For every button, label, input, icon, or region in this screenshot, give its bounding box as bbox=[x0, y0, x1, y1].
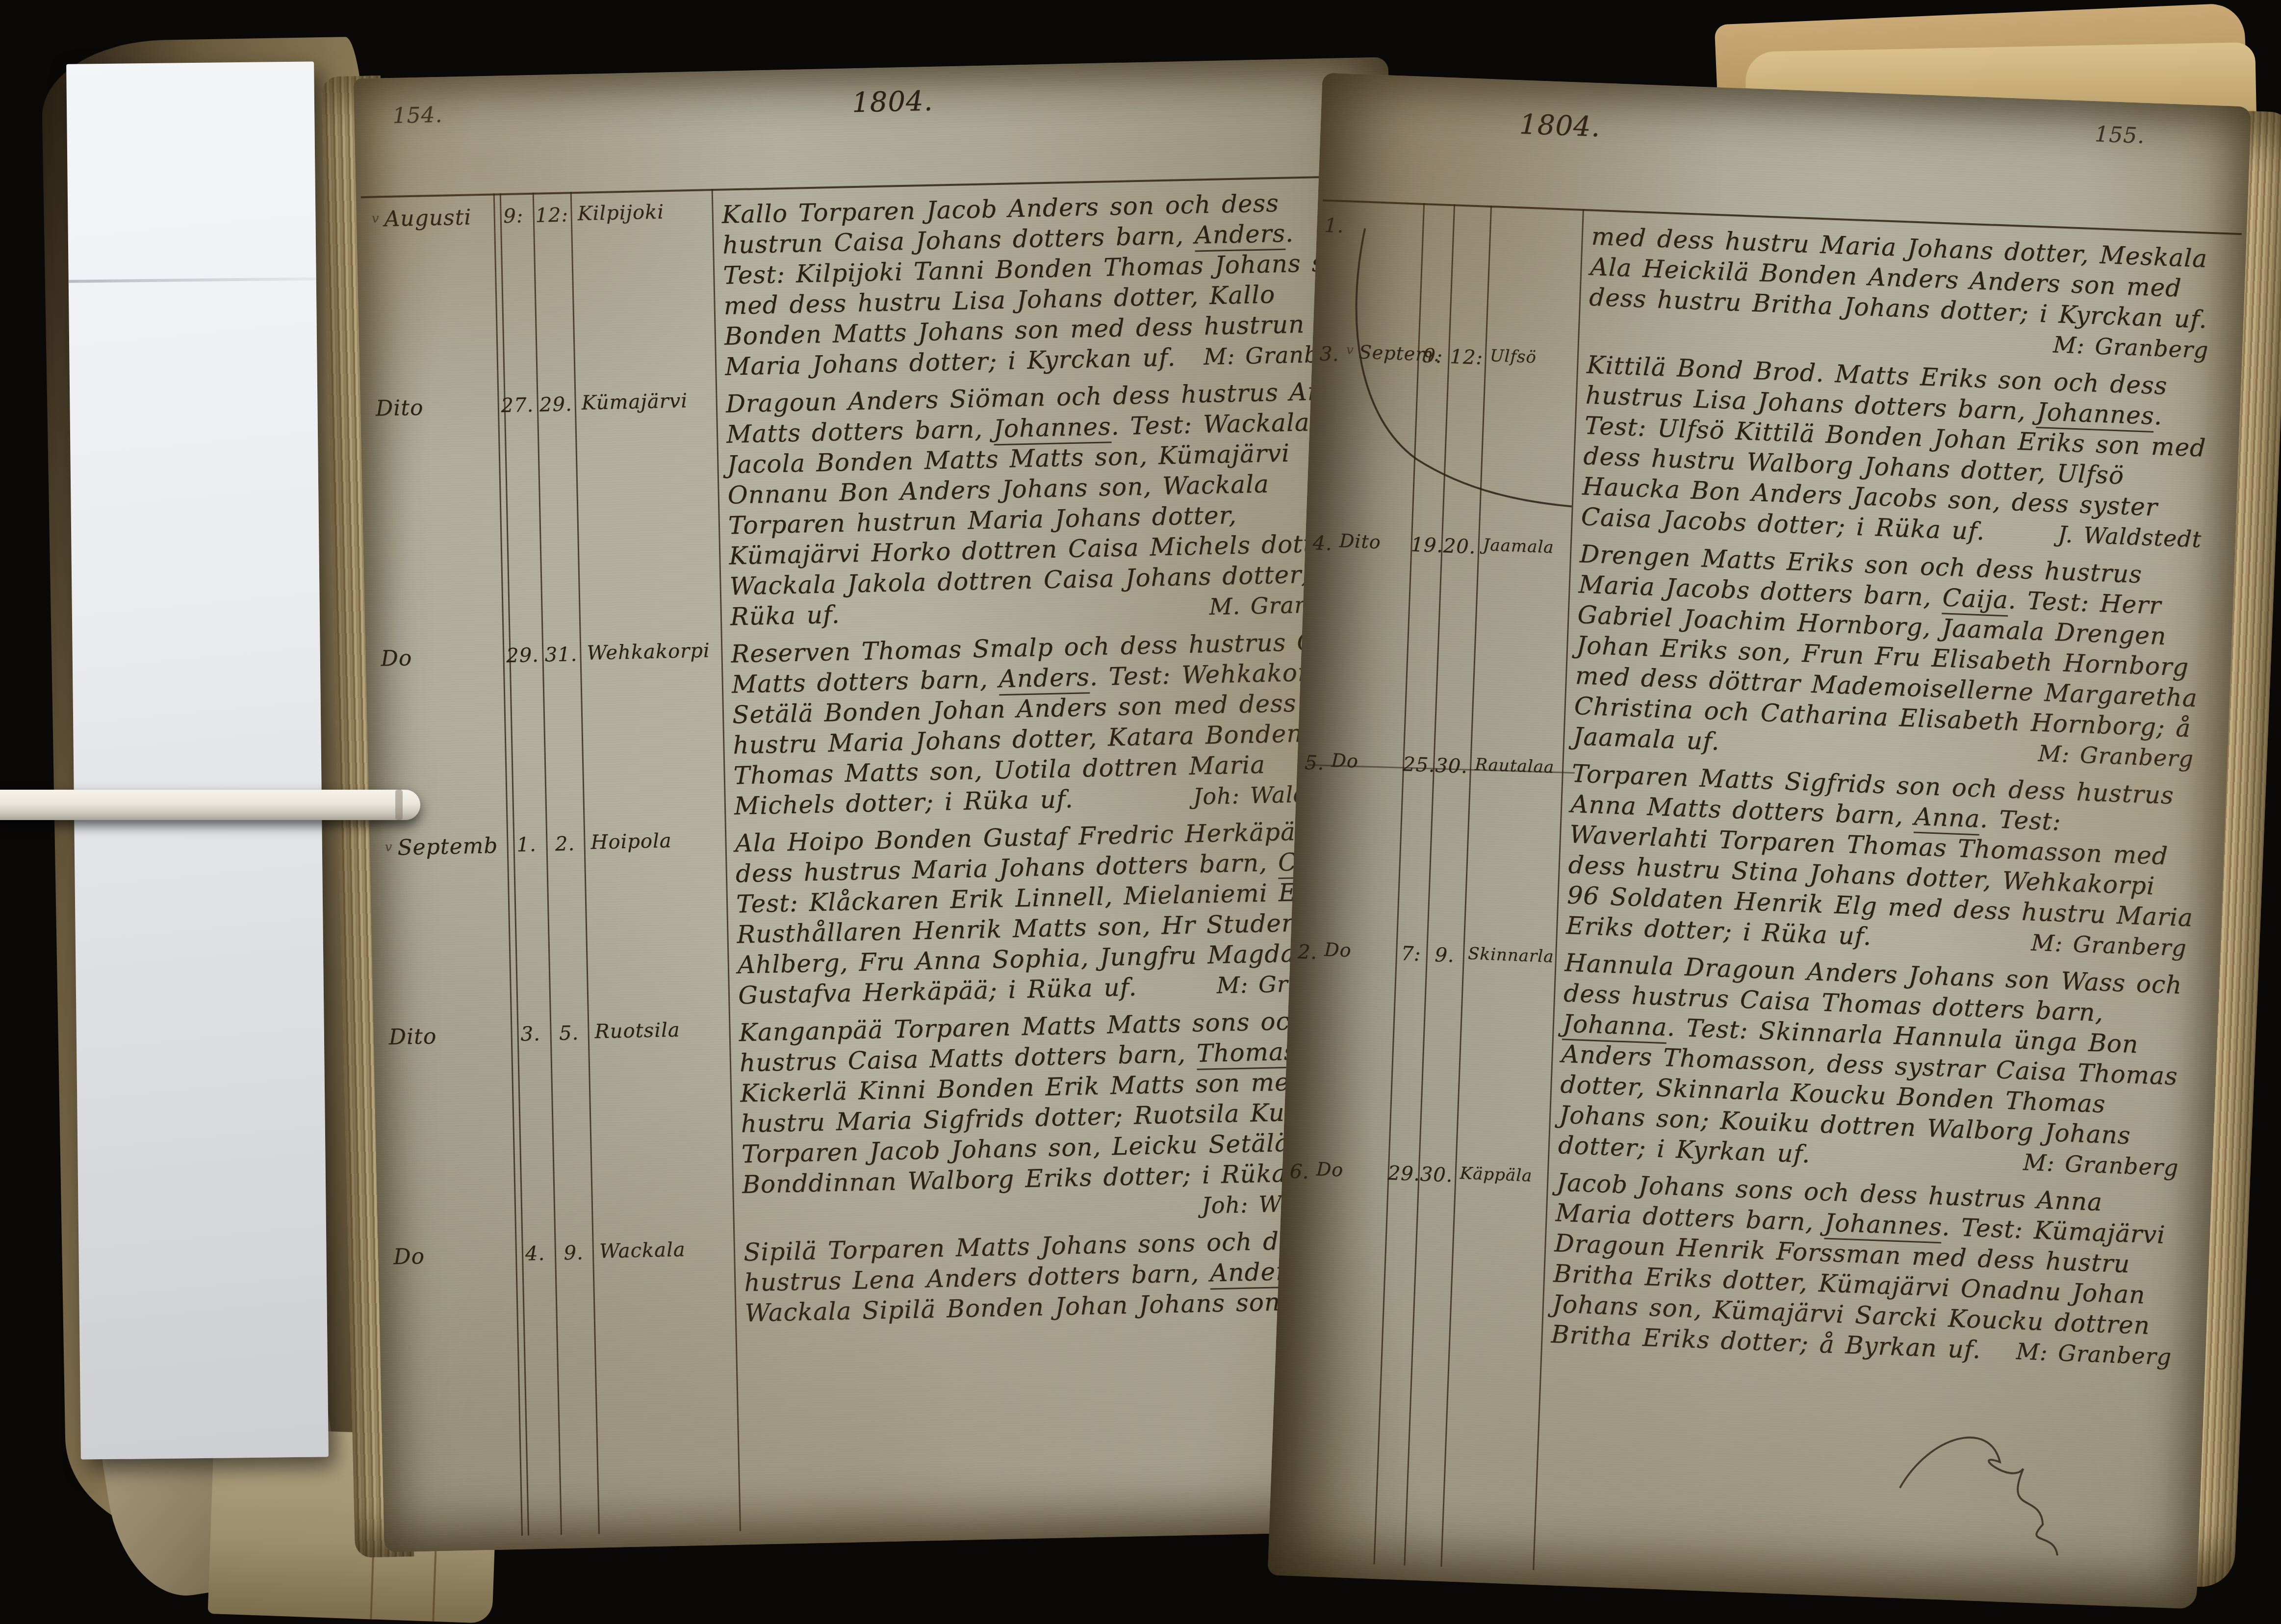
child-name: Anders bbox=[999, 663, 1090, 696]
record-entries: vAugusti 9: 12: Kilpijoki Kallo Torparen… bbox=[368, 186, 1391, 1342]
page-number: 155. bbox=[2094, 122, 2145, 149]
record-text: Dragoun Anders Siöman och dess hustrus A… bbox=[716, 375, 1376, 632]
record-text: Kittilä Bond Brod. Matts Eriks son och d… bbox=[1571, 349, 2220, 555]
year-heading: 1804. bbox=[851, 85, 933, 119]
village-cell: Rautalaa bbox=[1470, 754, 1563, 777]
record-entry: 4. Dito 19. 20. Jaamala Drengen Matts Er… bbox=[1306, 529, 2213, 774]
signature: M: Granberg bbox=[2038, 738, 2202, 774]
village-cell: Skinnarla bbox=[1462, 944, 1555, 967]
paper-crease bbox=[69, 277, 316, 283]
record-text: Ala Hoipo Bonden Gustaf Fredric Herkäpää… bbox=[725, 815, 1384, 1011]
entry-number: 4. bbox=[1312, 529, 1337, 555]
child-name: Johannes bbox=[2036, 397, 2155, 433]
entry-number: 5. bbox=[1304, 748, 1329, 775]
record-text: med dess hustru Maria Johans dotter, Mes… bbox=[1578, 221, 2224, 366]
month-cell: Do bbox=[378, 644, 503, 671]
signature: M: Granberg bbox=[2023, 1147, 2187, 1183]
month-cell: Dito bbox=[372, 393, 498, 421]
month-cell bbox=[1348, 212, 1423, 220]
month-cell: Do bbox=[390, 1242, 516, 1269]
birth-day-cell: 4. bbox=[515, 1241, 555, 1265]
baptism-day-cell bbox=[1453, 216, 1490, 223]
village-cell: Wehkakorpi bbox=[580, 639, 721, 665]
child-name: Caija bbox=[1942, 583, 2009, 617]
entry-number: 2. bbox=[1297, 938, 1322, 964]
record-text: Torparen Matts Sigfrids son och dess hus… bbox=[1556, 758, 2204, 964]
signature: M: Granberg bbox=[2052, 329, 2217, 365]
baptism-day-cell: 29. bbox=[537, 392, 575, 416]
record-entry: Do 29. 31. Wehkakorpi Reserven Thomas Sm… bbox=[378, 625, 1380, 829]
record-text: Jacob Johans sons och dess hustrus Anna … bbox=[1541, 1167, 2190, 1373]
record-entry: Dito 27. 29. Kümajärvi Dragoun Anders Si… bbox=[372, 375, 1376, 640]
baptism-day-cell: 9. bbox=[554, 1240, 592, 1265]
child-name: Johanna bbox=[1562, 1009, 1668, 1044]
baptism-day-cell: 30. bbox=[1418, 1162, 1456, 1187]
record-text: Reserven Thomas Smalp och dess hustrus C… bbox=[721, 625, 1380, 822]
birth-day-cell: 29. bbox=[503, 643, 542, 668]
right-page: 155. 1804. 1. med dess hustru Maria Joha… bbox=[1267, 73, 2251, 1609]
month-cell: Do bbox=[1321, 938, 1396, 963]
check-mark: v bbox=[1346, 342, 1355, 358]
birth-day-cell: 3. bbox=[511, 1021, 550, 1046]
month-cell: Dito bbox=[1336, 530, 1411, 554]
photo-background: N:o 154. 1804. vAugusti 9: 12: Kilpijoki… bbox=[0, 0, 2281, 1624]
baptism-day-cell: 30. bbox=[1433, 753, 1470, 778]
record-entry: 3. vSeptem. 9: 12: Ulfsö Kittilä Bond Br… bbox=[1313, 339, 2219, 555]
record-entries: 1. med dess hustru Maria Johans dotter, … bbox=[1283, 211, 2225, 1380]
child-name: Anna bbox=[1914, 802, 1981, 836]
record-text: Hannula Dragoun Anders Johans son Wass o… bbox=[1548, 947, 2198, 1184]
village-cell: Jaamala bbox=[1478, 535, 1570, 558]
village-cell bbox=[1490, 217, 1582, 226]
entry-number: 3. bbox=[1319, 339, 1344, 366]
record-entry: vAugusti 9: 12: Kilpijoki Kallo Torparen… bbox=[368, 186, 1371, 389]
page-number: 154. bbox=[392, 103, 443, 129]
left-page: 154. 1804. vAugusti 9: 12: Kilpijoki Kal… bbox=[354, 57, 1419, 1552]
village-cell: Kümajärvi bbox=[574, 389, 716, 414]
birth-day-cell bbox=[1423, 215, 1453, 222]
birth-day-cell: 29. bbox=[1387, 1161, 1419, 1186]
record-text: Kallo Torparen Jacob Anders son och dess… bbox=[712, 186, 1371, 382]
baptism-day-cell: 5. bbox=[550, 1021, 588, 1045]
child-name: Thomas bbox=[1196, 1037, 1297, 1070]
baptism-day-cell: 12: bbox=[1448, 344, 1486, 369]
village-cell: Hoipola bbox=[584, 828, 725, 854]
child-name: Johannes bbox=[1824, 1208, 1943, 1243]
birth-day-cell: 7: bbox=[1395, 941, 1427, 966]
ink-flourish bbox=[1891, 1409, 2078, 1577]
birth-day-cell: 9: bbox=[493, 204, 533, 228]
baptism-day-cell: 31. bbox=[542, 642, 580, 667]
baptism-day-cell: 12: bbox=[533, 203, 571, 227]
record-entry: 2. Do 7: 9. Skinnarla Hannula Dragoun An… bbox=[1290, 938, 2198, 1184]
record-text: Drengen Matts Eriks son och dess hustrus… bbox=[1563, 538, 2212, 774]
birth-day-cell: 1. bbox=[507, 832, 546, 857]
month-cell: Do bbox=[1313, 1158, 1388, 1183]
child-name: Johannes bbox=[993, 412, 1111, 445]
month-cell: vSeptemb bbox=[382, 833, 507, 860]
signature: M: Granberg bbox=[2031, 927, 2195, 963]
baptism-day-cell: 9. bbox=[1426, 942, 1463, 967]
birth-day-cell: 25. bbox=[1402, 752, 1434, 776]
stick-tip bbox=[395, 790, 403, 820]
village-cell: Kilpijoki bbox=[570, 200, 712, 225]
signature: J. Waldstedt bbox=[2057, 519, 2210, 555]
record-entry: Dito 3. 5. Ruotsila Kanganpää Torparen M… bbox=[385, 1004, 1389, 1238]
birth-day-cell: 19. bbox=[1410, 533, 1442, 557]
entry-number: 6. bbox=[1289, 1157, 1314, 1184]
record-entry: 6. Do 29. 30. Käppäla Jacob Johans sons … bbox=[1283, 1157, 2189, 1372]
month-cell: Do bbox=[1328, 749, 1404, 774]
page-holder-stick bbox=[0, 790, 420, 820]
village-cell: Ruotsila bbox=[588, 1018, 729, 1043]
birth-day-cell: 27. bbox=[497, 393, 537, 417]
check-mark: v bbox=[371, 211, 379, 226]
birth-day-cell: 9: bbox=[1417, 343, 1449, 368]
entry-number: 1. bbox=[1324, 211, 1349, 238]
village-cell: Ulfsö bbox=[1485, 346, 1577, 369]
month-cell: vAugusti bbox=[368, 205, 494, 232]
child-name: Anders bbox=[1194, 219, 1286, 252]
baptism-day-cell: 20. bbox=[1441, 534, 1479, 559]
signature: M: Granberg bbox=[2016, 1336, 2180, 1372]
record-entry: 1. med dess hustru Maria Johans dotter, … bbox=[1320, 211, 2224, 366]
month-cell: Dito bbox=[385, 1022, 511, 1050]
year-heading: 1804. bbox=[1519, 108, 1601, 143]
record-entry: vSeptemb 1. 2. Hoipola Ala Hoipo Bonden … bbox=[382, 815, 1384, 1018]
check-mark: v bbox=[384, 840, 392, 854]
record-entry: Do 4. 9. Wackala Sipilä Torparen Matts J… bbox=[390, 1224, 1391, 1336]
baptism-day-cell: 2. bbox=[546, 831, 584, 856]
white-paper-sheet bbox=[66, 61, 329, 1459]
village-cell: Wackala bbox=[592, 1237, 734, 1263]
month-cell: vSeptem. bbox=[1343, 340, 1418, 365]
village-cell: Käppäla bbox=[1455, 1163, 1547, 1186]
record-entry: 5. Do 25. 30. Rautalaa Torparen Matts Si… bbox=[1299, 748, 2204, 964]
